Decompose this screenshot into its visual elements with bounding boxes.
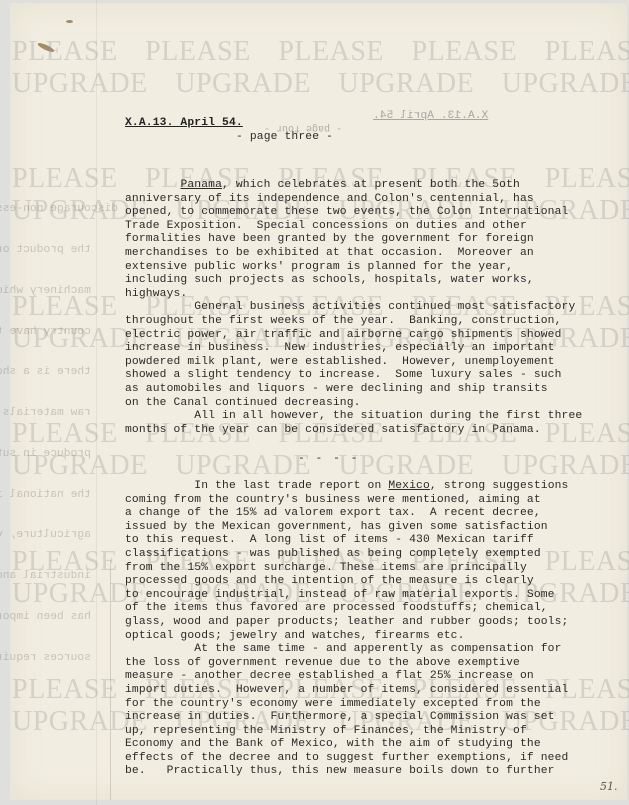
line-text: coming from the country's business were … [125,494,541,506]
bleed-line: produce in sufficient quantities until [0,448,118,462]
text-line: increase in duties. Furthermore, a speci… [125,711,568,725]
line-text: In the last trade report on [125,480,388,492]
text-line: processed goods and the intention of the… [125,575,568,589]
text-line: highways. [125,288,582,302]
text-line: effects of the decree and to suggest fur… [125,752,568,766]
bleed-line: the product or other products, textiles, [0,244,118,258]
text-line: including such projects as schools, hosp… [125,274,582,288]
text-line: months of the year can be considered sat… [125,424,582,438]
section-separator: - - - - [298,453,359,467]
line-text: electric power, air traffic and airborne… [125,329,562,341]
text-line: measure - another decree established a f… [125,670,568,684]
text-line: classifications - was published as being… [125,548,568,562]
bleed-line: sources required by the country's [0,652,118,666]
page-label: - page three - [236,131,333,145]
bleed-line: agriculture, vehicles, and other as well… [0,529,118,543]
line-text: All in all however, the situation during… [125,410,582,422]
bleed-line: has been imported from different [0,611,118,625]
text-line: coming from the country's business were … [125,494,568,508]
line-text: to this request. A long list of items - … [125,534,534,546]
text-line: to encourage industrial, instead of raw … [125,589,568,603]
line-text: opened, to commemorate these two events,… [125,206,568,218]
line-text: to encourage industrial, instead of raw … [125,589,555,601]
text-line: as automobiles and liquors - were declin… [125,383,582,397]
line-text: anniversary of its independence and Colo… [125,193,534,205]
text-line: optical goods; jewelry and watches, fire… [125,630,568,644]
document-reference: X.A.13. April 54. [125,117,243,131]
text-line: General business activities continued mo… [125,301,582,315]
text-line: merchandises to be exhibited at that occ… [125,247,582,261]
text-line: At the same time - and apperently as com… [125,643,568,657]
text-line: of the items thus favored are processed … [125,602,568,616]
text-line: In the last trade report on Mexico, stro… [125,480,568,494]
bleed-line: there is a shortage in the country of ce… [0,366,118,380]
line-text: throughout the first weeks of the year. … [125,315,562,327]
text-line: opened, to commemorate these two events,… [125,206,582,220]
line-text: Trade Exposition. Special concessions on… [125,220,527,232]
text-line: throughout the first weeks of the year. … [125,315,582,329]
underlined-country: Mexico [388,480,430,492]
line-text: optical goods; jewelry and watches, fire… [125,630,465,642]
ink-stain [66,20,73,23]
line-text: including such projects as schools, hosp… [125,274,534,286]
bleed-through-reference: X.A.13. April 54. [373,110,488,122]
line-text: highways. [125,288,187,300]
line-text: General business activities continued mo… [125,301,575,313]
line-text: of the items thus favored are processed … [125,602,548,614]
text-line: powdered milk plant, were established. H… [125,356,582,370]
text-line: for the country's economy were immediate… [125,698,568,712]
text-line: Panama, which celebrates at present both… [125,179,582,193]
line-text: effects of the decree and to suggest fur… [125,752,568,764]
line-text: measure - another decree established a f… [125,670,534,682]
line-text: from the 15% export surcharge. These ite… [125,562,527,574]
underlined-country: Panama [180,179,222,191]
line-text: formalities have been granted by the gov… [125,233,534,245]
text-line: to this request. A long list of items - … [125,534,568,548]
text-line: electric power, air traffic and airborne… [125,329,582,343]
page-number: 51. [600,780,618,793]
line-text: for the country's economy were immediate… [125,698,541,710]
bleed-line: country have to be imported. For example [0,326,118,340]
text-line: glass, wood and paper products; leather … [125,616,568,630]
bleed-through-margin-text: discourage non-essential imports, for wh… [0,176,118,679]
line-text: up, representing the Ministry of Finance… [125,725,527,737]
line-text: import duties. However, a number of item… [125,684,568,696]
text-line: up, representing the Ministry of Finance… [125,725,568,739]
text-line: a change of the 15% ad valorem export ta… [125,507,568,521]
line-text: Economy and the Bank of Mexico, with the… [125,738,541,750]
line-text: , which celebrates at present both the 5… [222,179,520,191]
line-text: issued by the Mexican government, has gi… [125,521,548,533]
text-line: All in all however, the situation during… [125,410,582,424]
line-text: months of the year can be considered sat… [125,424,541,436]
bleed-line: raw materials and textiles which they do… [0,407,118,421]
line-text: , strong suggestions [430,480,569,492]
line-text: powdered milk plant, were established. H… [125,356,555,368]
text-line: increase in business. New industries, es… [125,342,582,356]
line-text: At the same time - and apperently as com… [125,643,562,655]
text-line: import duties. However, a number of item… [125,684,568,698]
line-text: a change of the 15% ad valorem export ta… [125,507,541,519]
line-text: be. Practically thus, this new measure b… [125,765,555,777]
line-text: increase in duties. Furthermore, a speci… [125,711,555,723]
text-line: Economy and the Bank of Mexico, with the… [125,738,568,752]
text-line: formalities have been granted by the gov… [125,233,582,247]
text-line: extensive public works' program is plann… [125,261,582,275]
line-text: merchandises to be exhibited at that occ… [125,247,534,259]
bleed-line: the national industry has established fo… [0,489,118,503]
line-text: extensive public works' program is plann… [125,261,513,273]
text-line: the loss of government revenue due to th… [125,657,568,671]
text-line: Trade Exposition. Special concessions on… [125,220,582,234]
text-line: anniversary of its independence and Colo… [125,193,582,207]
text-line: showed a slight tendency to increase. So… [125,369,582,383]
line-text [125,179,180,191]
text-line: on the Canal continued decreasing. [125,397,582,411]
line-text: glass, wood and paper products; leather … [125,616,568,628]
text-line: issued by the Mexican government, has gi… [125,521,568,535]
bleed-line: machinery which are important for the [0,285,118,299]
panama-section: Panama, which celebrates at present both… [125,179,582,437]
line-text: processed goods and the intention of the… [125,575,534,587]
line-text: showed a slight tendency to increase. So… [125,369,562,381]
line-text: on the Canal continued decreasing. [125,397,361,409]
line-text: the loss of government revenue due to th… [125,657,520,669]
line-text: increase in business. New industries, es… [125,342,555,354]
text-line: be. Practically thus, this new measure b… [125,765,568,779]
text-line: from the 15% export surcharge. These ite… [125,562,568,576]
mexico-section: In the last trade report on Mexico, stro… [125,480,568,779]
bleed-line: industrial and for scientific purposes. [0,570,118,584]
line-text: classifications - was published as being… [125,548,541,560]
line-text: as automobiles and liquors - were declin… [125,383,548,395]
bleed-line: discourage non-essential imports, for wh… [0,203,118,217]
